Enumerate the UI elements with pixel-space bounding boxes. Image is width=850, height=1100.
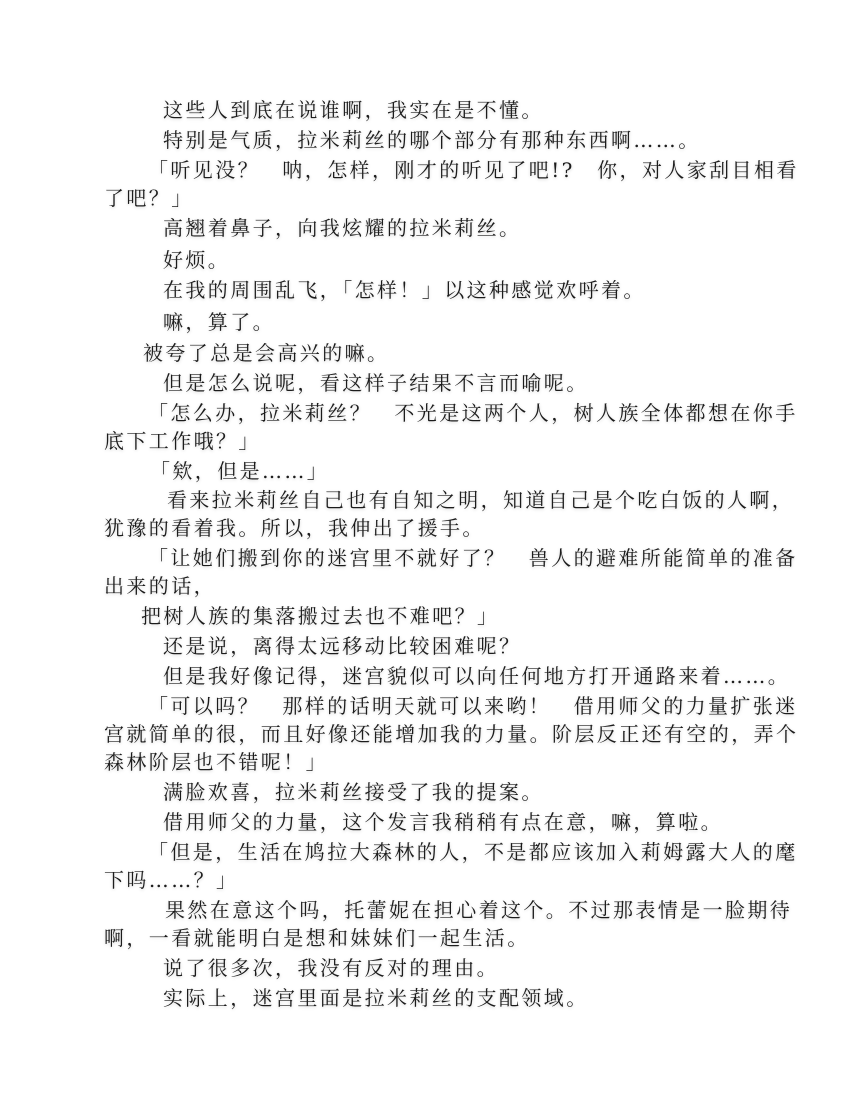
text-line: 但是我好像记得，迷宫貌似可以向任何地方打开通路来着……。	[163, 664, 790, 688]
text-line: 森林阶层也不错呢！」	[104, 750, 328, 774]
text-line: 宫就简单的很，而且好像还能增加我的力量。阶层反正还有空的，弄个	[104, 722, 798, 746]
text-line: 啊，一看就能明白是想和妹妹们一起生活。	[104, 926, 530, 950]
text-line: 犹豫的看着我。所以，我伸出了援手。	[104, 516, 485, 540]
text-line: 下吗……？」	[104, 868, 238, 892]
text-line: 在我的周围乱飞，「怎样！」以这种感觉欢呼着。	[163, 278, 646, 302]
text-line: 嘛，算了。	[163, 310, 275, 334]
text-line: 高翘着鼻子，向我炫耀的拉米莉丝。	[163, 216, 521, 240]
text-line: 底下工作哦？」	[104, 429, 261, 453]
text-line: 「怎么办，拉米莉丝？ 不光是这两个人，树人族全体都想在你手	[148, 401, 798, 425]
text-line: 「听见没？ 呐，怎样，刚才的听见了吧!? 你，对人家刮目相看	[148, 158, 799, 182]
text-line: 满脸欢喜，拉米莉丝接受了我的提案。	[163, 780, 544, 804]
text-line: 出来的话，	[104, 574, 216, 598]
document-page: 这些人到底在说谁啊，我实在是不懂。特别是气质，拉米莉丝的哪个部分有那种东西啊………	[0, 0, 850, 1100]
text-line: 果然在意这个吗，托蕾妮在担心着这个。不过那表情是一脸期待	[165, 898, 792, 922]
text-line: 把树人族的集落搬过去也不难吧？」	[141, 604, 499, 628]
text-line: 特别是气质，拉米莉丝的哪个部分有那种东西啊……。	[163, 128, 701, 152]
text-line: 被夸了总是会高兴的嘛。	[143, 341, 389, 365]
text-line: 实际上，迷宫里面是拉米莉丝的支配领域。	[163, 986, 589, 1010]
text-line: 「欸，但是……」	[150, 459, 329, 483]
text-line: 了吧？」	[104, 186, 194, 210]
text-line: 说了很多次，我没有反对的理由。	[163, 956, 499, 980]
text-line: 「可以吗？ 那样的话明天就可以来哟！ 借用师父的力量扩张迷	[148, 694, 798, 718]
text-line: 借用师父的力量，这个发言我稍稍有点在意，嘛，算啦。	[163, 810, 723, 834]
text-line: 好烦。	[163, 248, 230, 272]
text-line: 这些人到底在说谁啊，我实在是不懂。	[163, 98, 544, 122]
text-line: 看来拉米莉丝自己也有自知之明，知道自己是个吃白饭的人啊，	[167, 488, 794, 512]
text-line: 还是说，离得太远移动比较困难呢？	[163, 634, 521, 658]
text-line: 「让她们搬到你的迷宫里不就好了？ 兽人的避难所能简单的准备	[148, 546, 798, 570]
text-line: 但是怎么说呢，看这样子结果不言而喻呢。	[163, 371, 589, 395]
text-line: 「但是，生活在鸠拉大森林的人，不是都应该加入莉姆露大人的麾	[148, 840, 798, 864]
